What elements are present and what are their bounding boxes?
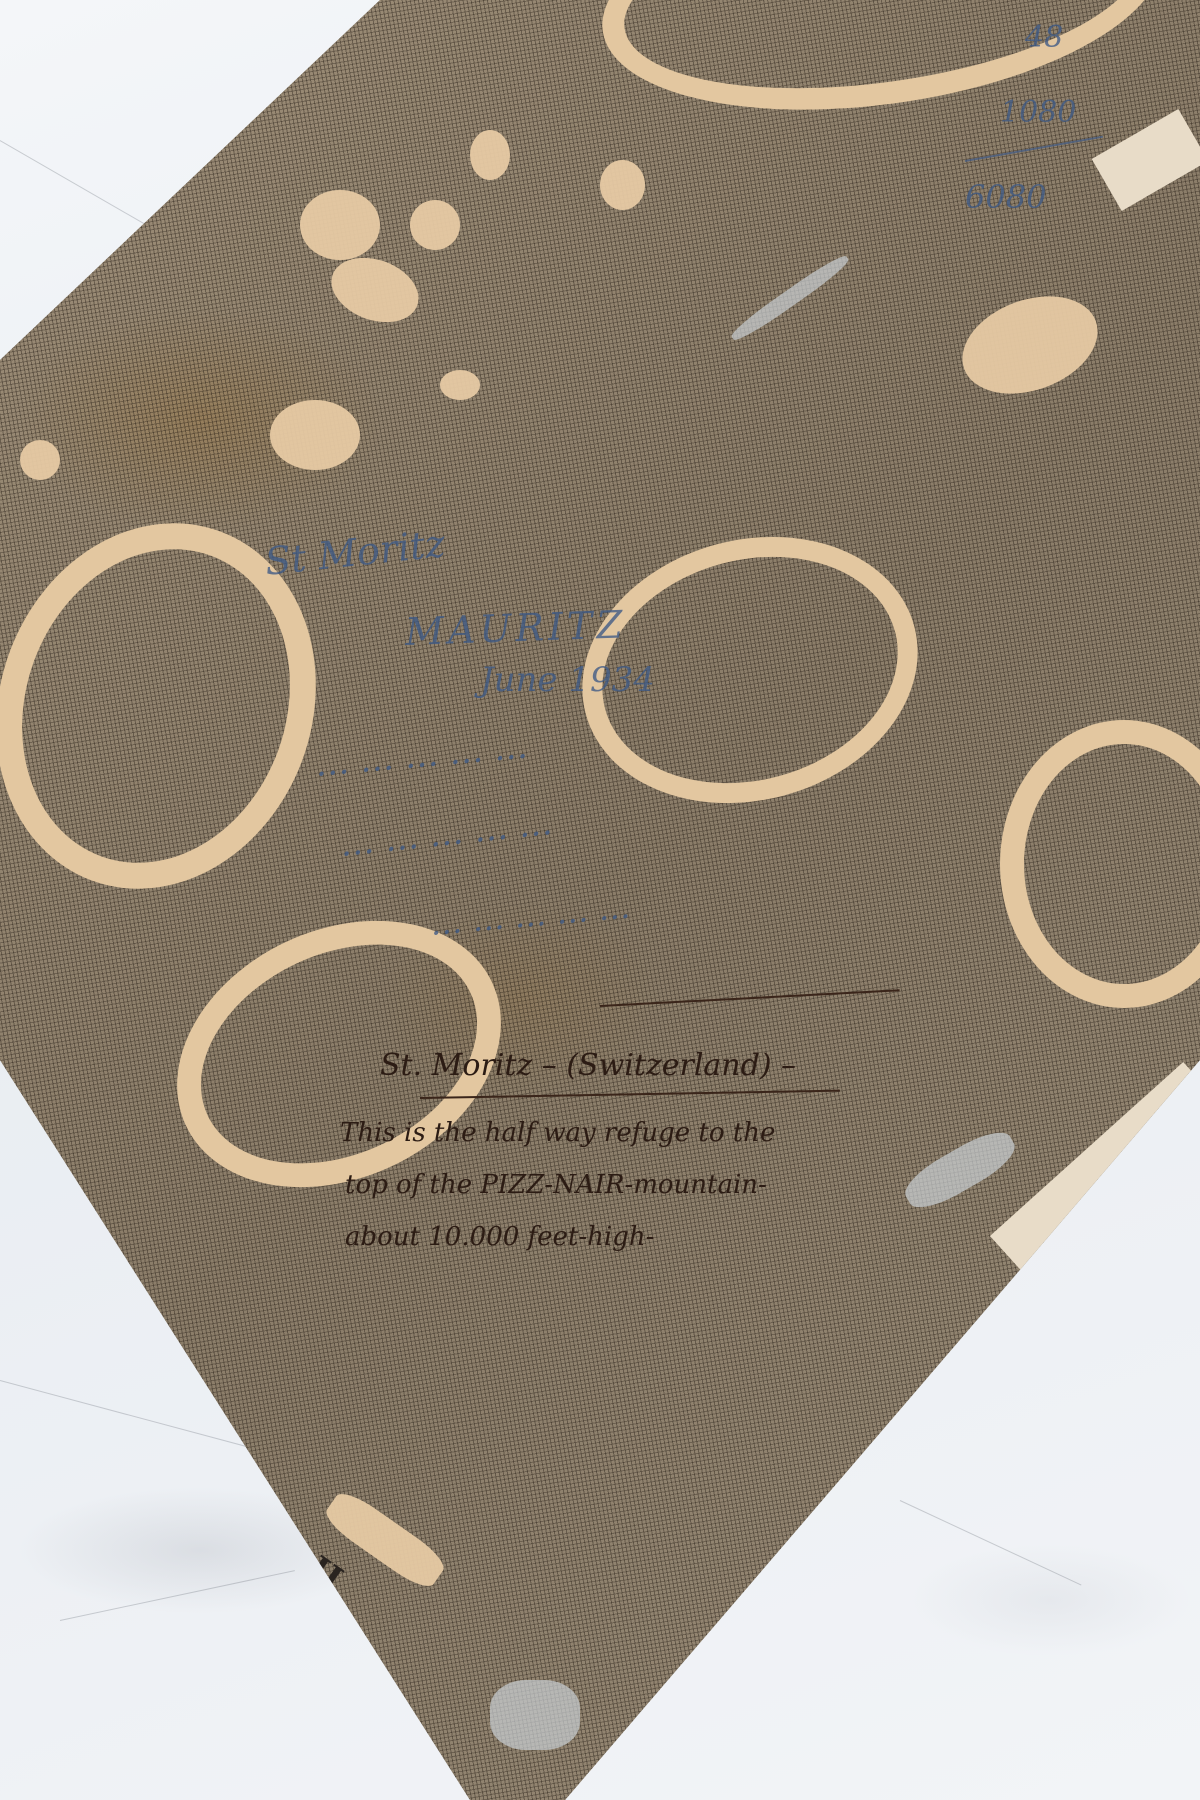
stain [300, 190, 380, 260]
pencil-note-line: … … … … … [313, 726, 529, 784]
ink-line: about 10.000 feet-high- [345, 1222, 654, 1252]
pencil-note-line: St Moritz [263, 521, 447, 584]
stain [20, 440, 60, 480]
pencil-note-line: MAURITZ [404, 602, 627, 654]
stain [410, 200, 460, 250]
stain [949, 279, 1111, 411]
ink-line: top of the PIZZ-NAIR-mountain- [345, 1170, 767, 1200]
worn-patch [728, 251, 852, 344]
stain [270, 400, 360, 470]
pencil-note-line: June 1934 [480, 660, 655, 700]
worn-patch [898, 1123, 1022, 1218]
calc-number: 1080 [1000, 95, 1076, 130]
calc-underline [965, 136, 1103, 162]
ink-heading: St. Moritz – (Switzerland) – [380, 1048, 796, 1083]
pencil-note-line: … … … … … [338, 803, 554, 865]
pencil-note-line: … … … … … [428, 888, 631, 943]
stain-ring [587, 0, 1177, 142]
worn-patch [490, 1680, 580, 1750]
ink-underline [420, 1090, 840, 1099]
stain-ring [1000, 720, 1200, 1008]
ink-line: This is the half way refuge to the [340, 1118, 775, 1148]
marble-vein [60, 1570, 295, 1621]
marble-vein [900, 1500, 1082, 1585]
stain [600, 160, 645, 210]
calc-number: 48 [1025, 20, 1063, 55]
stain [470, 130, 510, 180]
calc-number: 6080 [965, 178, 1046, 216]
ink-rule [600, 989, 900, 1007]
torn-paper [1092, 109, 1200, 211]
stain [440, 370, 480, 400]
